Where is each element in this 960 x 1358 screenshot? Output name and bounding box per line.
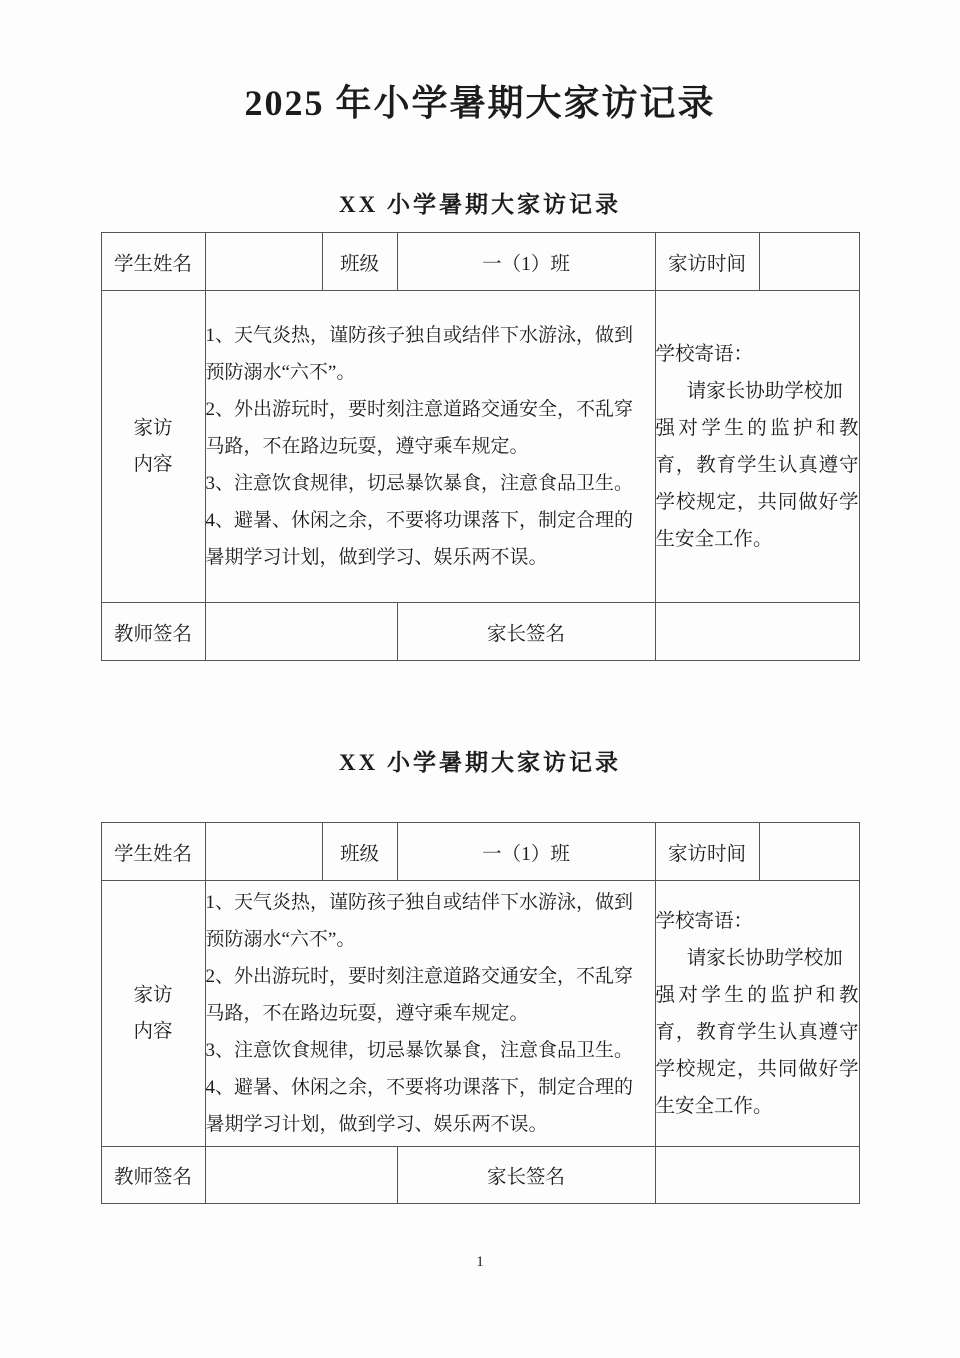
school-message-text: 学校寄语： 请家长协助学校加 强对学生的监护和教 育，教育学生认真遵守 学校规定… — [655, 881, 859, 1147]
content-line: 暑期学习计划，做到学习、娱乐两不误。 — [206, 539, 655, 576]
parent-sign-value-cell[interactable] — [655, 1147, 859, 1204]
class-label: 班级 — [322, 233, 397, 291]
message-line: 强对学生的监护和教 — [656, 410, 859, 447]
message-line: 学校规定，共同做好学 — [656, 484, 859, 521]
message-line: 育，教育学生认真遵守 — [656, 1014, 859, 1051]
content-line: 预防溺水“六不”。 — [206, 921, 655, 958]
message-line: 请家长协助学校加 — [656, 373, 859, 410]
page-number: 1 — [0, 1253, 960, 1271]
message-line: 强对学生的监护和教 — [656, 977, 859, 1014]
parent-sign-label: 家长签名 — [397, 1147, 655, 1204]
visit-content-text: 1、天气炎热，谨防孩子独自或结伴下水游泳，做到 预防溺水“六不”。 2、外出游玩… — [205, 881, 655, 1147]
class-value: 一（1）班 — [397, 823, 655, 881]
content-line: 1、天气炎热，谨防孩子独自或结伴下水游泳，做到 — [206, 884, 655, 921]
class-label: 班级 — [322, 823, 397, 881]
table-2-signature-row: 教师签名 家长签名 — [101, 1147, 859, 1204]
teacher-sign-label: 教师签名 — [101, 603, 205, 661]
content-line: 3、注意饮食规律，切忌暴饮暴食，注意食品卫生。 — [206, 1032, 655, 1069]
content-line: 4、避暑、休闲之余，不要将功课落下，制定合理的 — [206, 502, 655, 539]
visit-time-value-cell[interactable] — [759, 233, 859, 291]
student-name-value-cell[interactable] — [205, 823, 322, 881]
student-name-label: 学生姓名 — [101, 233, 205, 291]
table-1-header-row: 学生姓名 班级 一（1）班 家访时间 — [101, 233, 859, 291]
content-line: 预防溺水“六不”。 — [206, 354, 655, 391]
message-line: 生安全工作。 — [656, 1088, 859, 1125]
visit-time-label: 家访时间 — [655, 233, 759, 291]
parent-sign-label: 家长签名 — [397, 603, 655, 661]
table-1-signature-row: 教师签名 家长签名 — [101, 603, 859, 661]
content-line: 4、避暑、休闲之余，不要将功课落下，制定合理的 — [206, 1069, 655, 1106]
content-line: 马路，不在路边玩耍，遵守乘车规定。 — [206, 428, 655, 465]
school-message-label: 学校寄语： — [656, 336, 859, 373]
table-2-header-row: 学生姓名 班级 一（1）班 家访时间 — [101, 823, 859, 881]
content-line: 2、外出游玩时，要时刻注意道路交通安全，不乱穿 — [206, 958, 655, 995]
document-title: 2025 年小学暑期大家访记录 — [0, 0, 960, 123]
content-line: 2、外出游玩时，要时刻注意道路交通安全，不乱穿 — [206, 391, 655, 428]
message-line: 生安全工作。 — [656, 521, 859, 558]
content-line: 暑期学习计划，做到学习、娱乐两不误。 — [206, 1106, 655, 1143]
message-line: 请家长协助学校加 — [656, 940, 859, 977]
teacher-sign-value-cell[interactable] — [205, 603, 397, 661]
visit-time-label: 家访时间 — [655, 823, 759, 881]
parent-sign-value-cell[interactable] — [655, 603, 859, 661]
content-line: 马路，不在路边玩耍，遵守乘车规定。 — [206, 995, 655, 1032]
content-line: 3、注意饮食规律，切忌暴饮暴食，注意食品卫生。 — [206, 465, 655, 502]
visit-record-table-2: 学生姓名 班级 一（1）班 家访时间 家访 内容 1、天气炎热，谨防孩子独自或结… — [101, 822, 860, 1204]
table-1-body-row: 家访 内容 1、天气炎热，谨防孩子独自或结伴下水游泳，做到 预防溺水“六不”。 … — [101, 291, 859, 603]
class-value: 一（1）班 — [397, 233, 655, 291]
record-2-subtitle: XX 小学暑期大家访记录 — [0, 749, 960, 777]
visit-record-table-1: 学生姓名 班级 一（1）班 家访时间 家访 内容 1、天气炎热，谨防孩子独自或结… — [101, 232, 860, 661]
message-line: 学校规定，共同做好学 — [656, 1051, 859, 1088]
visit-time-value-cell[interactable] — [759, 823, 859, 881]
student-name-label: 学生姓名 — [101, 823, 205, 881]
visit-content-label: 家访 内容 — [101, 881, 205, 1147]
school-message-label: 学校寄语： — [656, 903, 859, 940]
teacher-sign-value-cell[interactable] — [205, 1147, 397, 1204]
teacher-sign-label: 教师签名 — [101, 1147, 205, 1204]
content-line: 1、天气炎热，谨防孩子独自或结伴下水游泳，做到 — [206, 317, 655, 354]
visit-content-label: 家访 内容 — [101, 291, 205, 603]
table-2-body-row: 家访 内容 1、天气炎热，谨防孩子独自或结伴下水游泳，做到 预防溺水“六不”。 … — [101, 881, 859, 1147]
visit-content-text: 1、天气炎热，谨防孩子独自或结伴下水游泳，做到 预防溺水“六不”。 2、外出游玩… — [205, 291, 655, 603]
message-line: 育，教育学生认真遵守 — [656, 447, 859, 484]
school-message-text: 学校寄语： 请家长协助学校加 强对学生的监护和教 育，教育学生认真遵守 学校规定… — [655, 291, 859, 603]
student-name-value-cell[interactable] — [205, 233, 322, 291]
document-page: 2025 年小学暑期大家访记录 XX 小学暑期大家访记录 学生姓名 班级 一（1… — [0, 0, 960, 1271]
record-1-subtitle: XX 小学暑期大家访记录 — [0, 191, 960, 219]
